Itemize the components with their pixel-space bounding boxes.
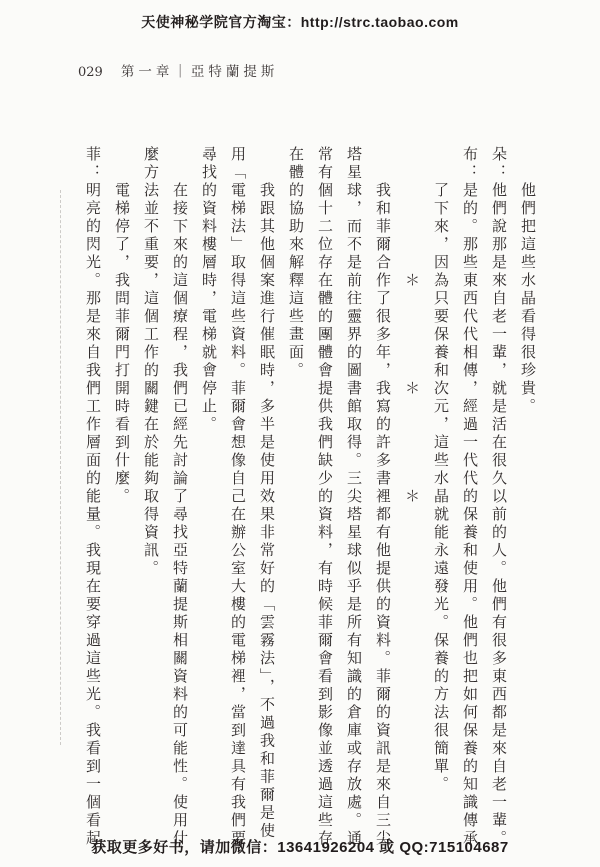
page-header: 029 第一章｜亞特蘭提斯 [78, 60, 278, 80]
text-column: 電梯停了，我問菲爾門打開時看到什麼。 [107, 146, 136, 852]
text-column: 了下來，因為只要保養和次元，這些水晶就能永遠發光。保養的方法很簡單。 [426, 146, 455, 852]
text-column: 塔星球，而不是前往靈界的圖書館取得。三尖塔星球似乎是所有知識的倉庫或存放處。通 [339, 146, 368, 852]
text-column: 朵：他們說那是來自老一輩，就是活在很久以前的人。他們有很多東西都是來自老一輩。 [484, 146, 513, 852]
scan-artifact-line [60, 190, 61, 745]
text-column: 菲：明亮的閃光。那是來自我們工作層面的能量。我現在要穿過這些光。我看到一個看起 [78, 146, 107, 852]
top-banner-text: 天使神秘学院官方淘宝：http://strc.taobao.com [141, 14, 459, 30]
book-page-scan: 天使神秘学院官方淘宝：http://strc.taobao.com 029 第一… [0, 0, 600, 867]
text-column: 用「電梯法」取得這些資料。菲爾會想像自己在辦公室大樓的電梯裡，當到達具有我們要 [223, 146, 252, 852]
bottom-promo-banner: 获取更多好书，请加微信：13641926204 或 QQ:715104687 [0, 836, 600, 857]
text-column: 在接下來的這個療程，我們已經先討論了尋找亞特蘭提斯相關資料的可能性。使用什 [165, 146, 194, 852]
text-column: 麼方法並不重要，這個工作的關鍵在於能夠取得資訊。 [136, 146, 165, 852]
text-column: 他們把這些水晶看得很珍貴。 [513, 146, 542, 852]
body-text: 他們把這些水晶看得很珍貴。朵：他們說那是來自老一輩，就是活在很久以前的人。他們有… [72, 146, 542, 852]
chapter-title: 第一章｜亞特蘭提斯 [121, 60, 279, 80]
text-column: 在體的協助來解釋這些畫面。 [281, 146, 310, 852]
text-column: 我跟其他個案進行催眠時，多半是使用效果非常好的「雲霧法」，不過我和菲爾是使 [252, 146, 281, 852]
page-number: 029 [78, 65, 103, 80]
bottom-banner-text: 获取更多好书，请加微信：13641926204 或 QQ:715104687 [91, 839, 509, 856]
section-separator: ＊ ＊ ＊ [397, 146, 426, 852]
text-column: 我和菲爾合作了很多年，我寫的許多書裡都有他提供的資料。菲爾的資訊是來自三尖 [368, 146, 397, 852]
text-column: 布：是的。那些東西代代相傳，經過一代代的保養和使用。他們也把如何保養的知識傳承 [455, 146, 484, 852]
text-column: 尋找的資料樓層時，電梯就會停止。 [194, 146, 223, 852]
text-column: 常有個十二位存在體的團體會提供我們缺少的資料，有時候菲爾會看到影像並透過這些存 [310, 146, 339, 852]
top-promo-banner: 天使神秘学院官方淘宝：http://strc.taobao.com [0, 12, 600, 32]
